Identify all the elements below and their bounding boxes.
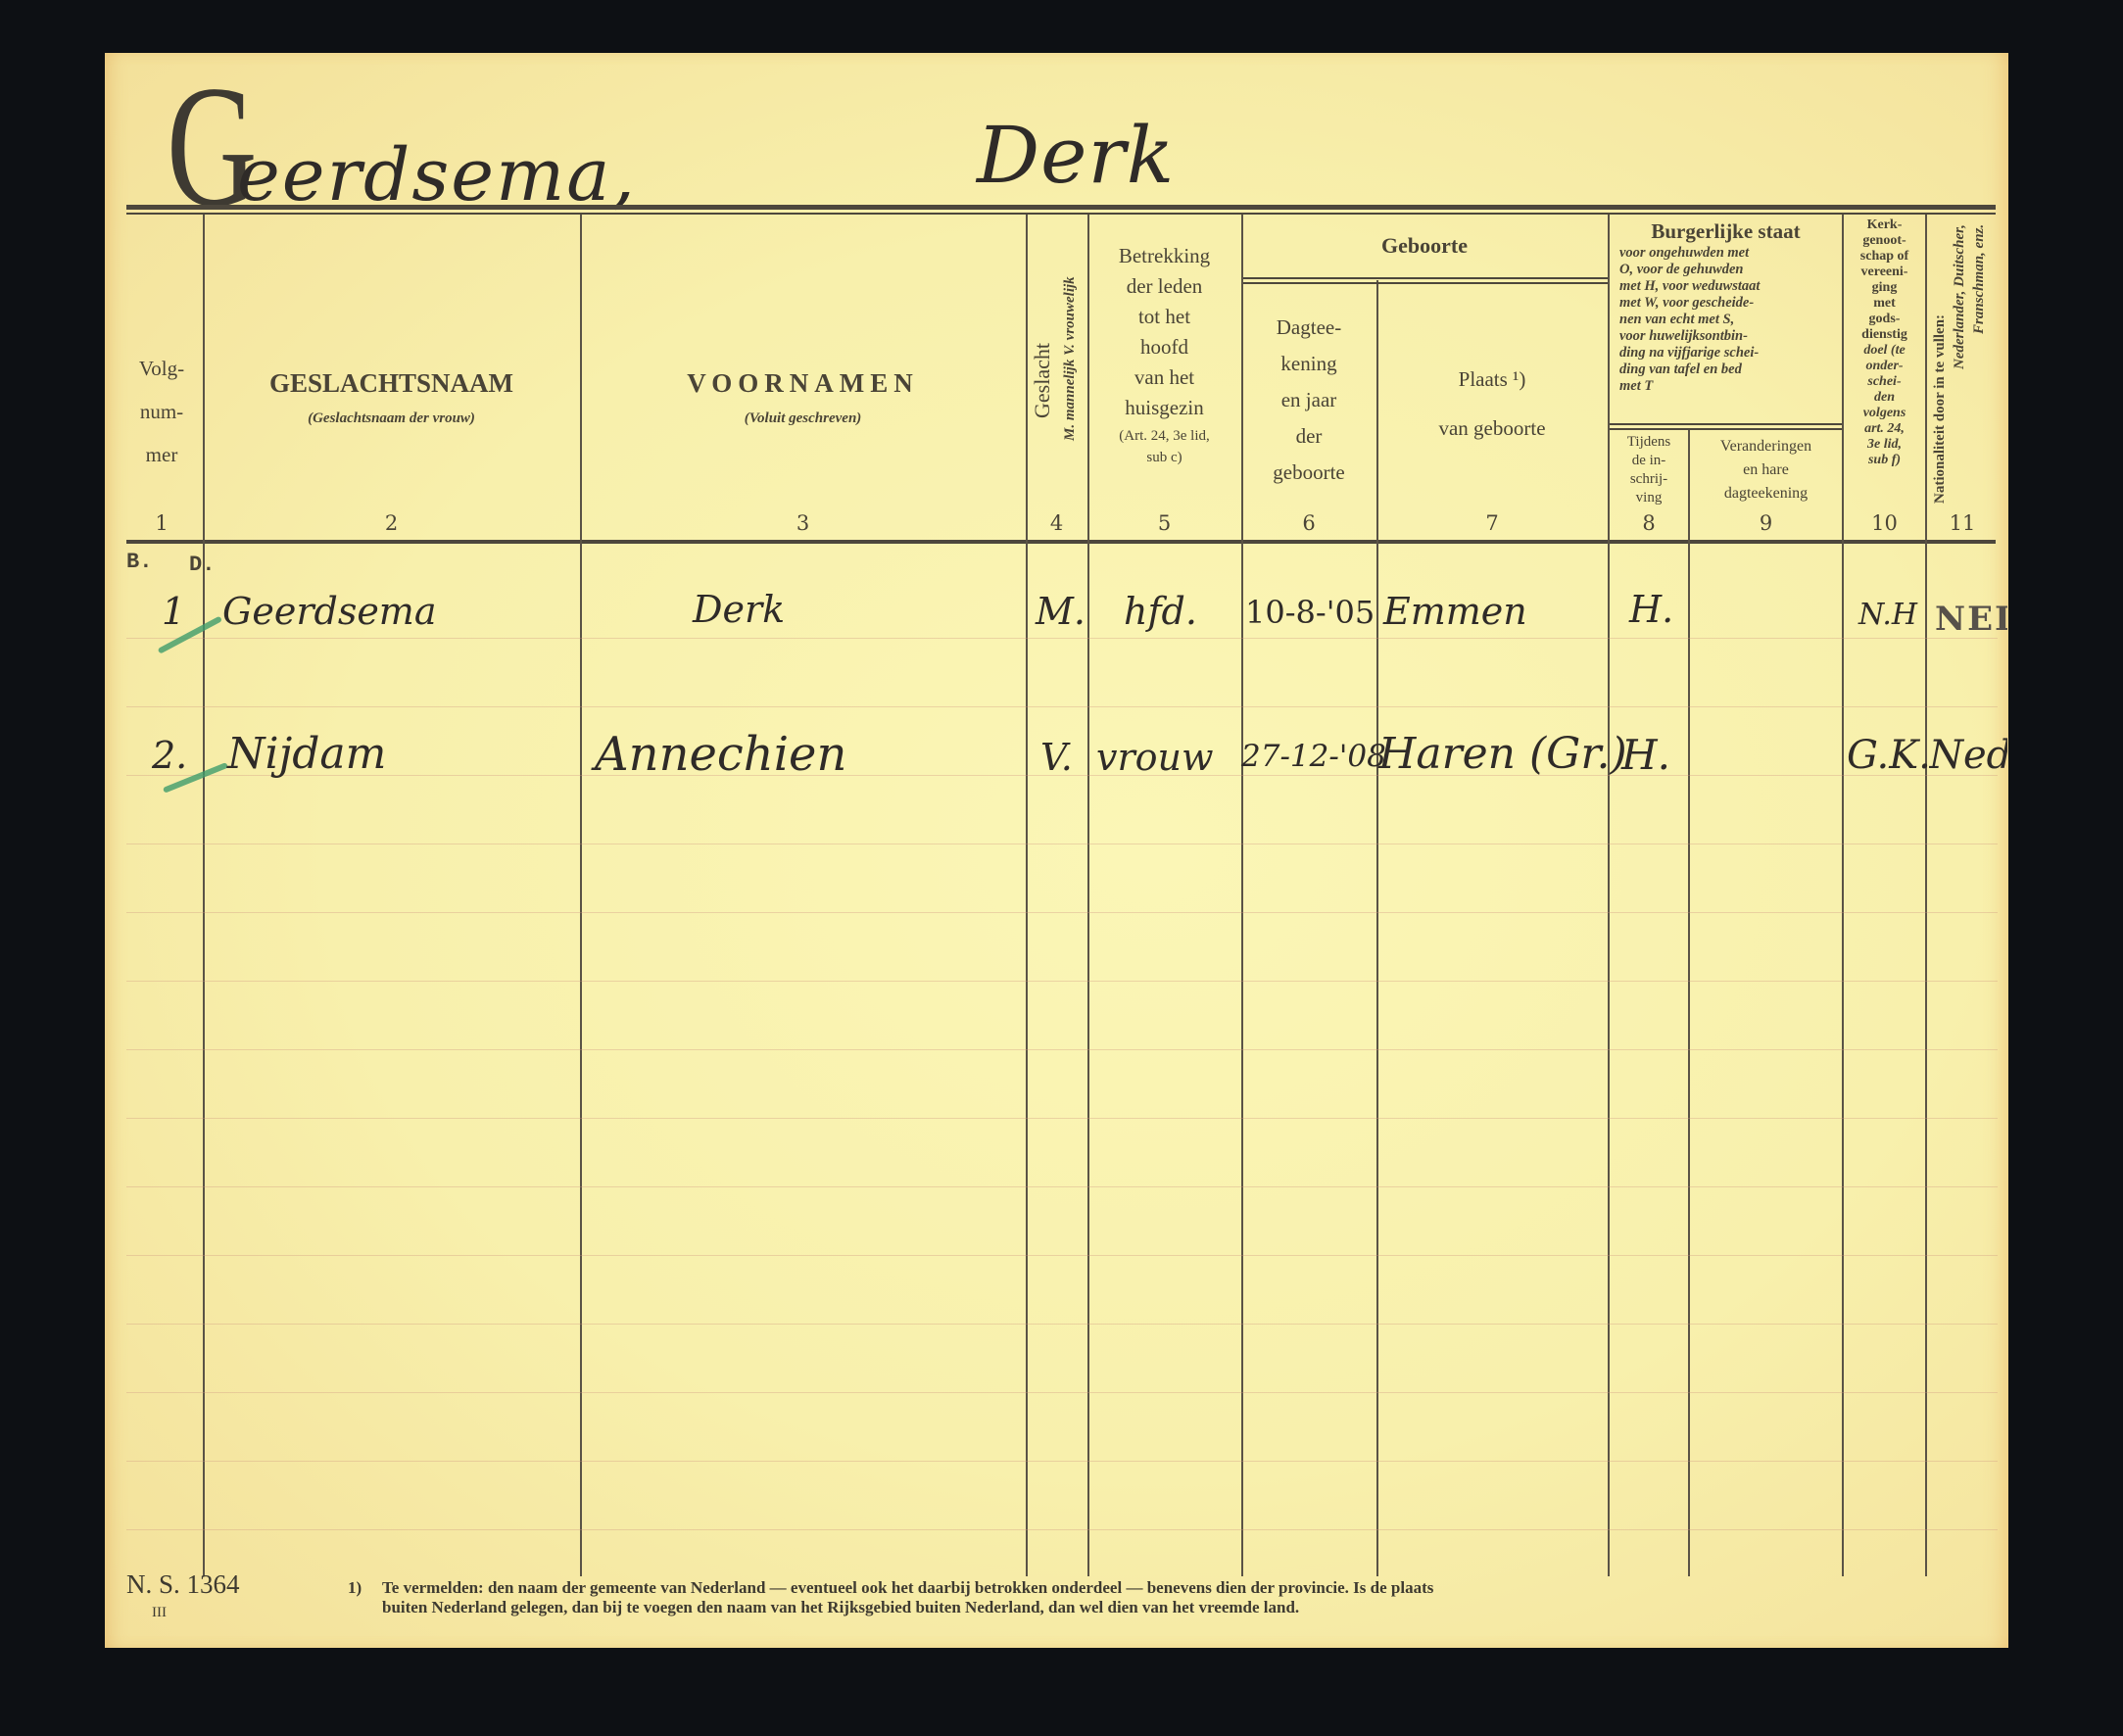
- header-plaats: Plaats ¹) van geboorte: [1376, 355, 1608, 453]
- ruled-line: [126, 1118, 1998, 1119]
- row1-geslachtsnaam: Geerdsema: [222, 590, 437, 633]
- col-divider-8: [1688, 429, 1690, 1576]
- header-top-rule-thin: [126, 213, 1996, 215]
- row2-burgerlijke-staat: H.: [1621, 731, 1670, 779]
- header-voornamen: VOORNAMEN (Voluit geschreven): [580, 368, 1026, 427]
- header-burgerlijke-staat: Burgerlijke staat voor ongehuwden met O,…: [1610, 217, 1842, 395]
- row2-kerkgenootschap: G.K.: [1847, 733, 1931, 778]
- header-nationaliteit-examples: Nederlander, Duitscher,: [1949, 224, 1970, 504]
- row1-geboorteplaats: Emmen: [1383, 590, 1527, 633]
- title-given-name: Derk: [977, 110, 1175, 201]
- header-geboorte: Geboorte: [1241, 233, 1608, 259]
- col-divider-7: [1608, 215, 1610, 1576]
- header-col-number-4: 4: [1026, 511, 1087, 535]
- ruled-line: [126, 912, 1998, 913]
- row2-nationaliteit: Ned.: [1929, 733, 2007, 778]
- geboorte-subrule: [1243, 277, 1608, 279]
- row2-volgnummer: 2.: [152, 734, 187, 777]
- header-col-number-1: 1: [122, 511, 201, 535]
- row2-geslacht: V.: [1040, 736, 1073, 779]
- header-bottom-rule: [126, 540, 1996, 544]
- header-col-number-2: 2: [203, 511, 580, 535]
- header-col-number-5: 5: [1087, 511, 1241, 535]
- row1-voornamen: Derk: [693, 588, 785, 631]
- header-col-number-8: 8: [1610, 511, 1688, 535]
- row2-betrekking: vrouw: [1096, 736, 1214, 779]
- header-col-number-11: 11: [1927, 511, 1998, 535]
- row2-geslachtsnaam: Nijdam: [227, 729, 386, 779]
- header-col-number-10: 10: [1844, 511, 1925, 535]
- row2-geboortedatum: 27-12-'08: [1241, 739, 1386, 774]
- burgerlijke-subrule-2: [1610, 428, 1842, 430]
- marker-d: D.: [189, 553, 215, 577]
- header-betrekking: Betrekking der leden tot het hoofd van h…: [1087, 241, 1241, 468]
- ruled-line: [126, 1049, 1998, 1050]
- ruled-line: [126, 981, 1998, 982]
- row1-burgerlijke-staat: H.: [1629, 588, 1673, 631]
- header-col-number-3: 3: [580, 511, 1026, 535]
- header-tijdens-inschrijving: Tijdens de in- schrij- ving: [1610, 433, 1688, 507]
- footnote-marker: 1): [348, 1578, 362, 1598]
- ruled-line: [126, 1461, 1998, 1462]
- header-top-rule: [126, 205, 1996, 210]
- ruled-line: [126, 638, 1998, 639]
- ruled-line: [126, 1255, 1998, 1256]
- row1-nationaliteit-stamp: NED: [1935, 600, 2007, 639]
- header-geslacht: Geslacht: [1026, 288, 1059, 474]
- header-volgnummer: Volg- num- mer: [122, 347, 201, 476]
- row1-kerkgenootschap: N.H: [1858, 598, 1917, 632]
- header-nationaliteit: Nationaliteit door in te vullen:: [1929, 224, 1951, 504]
- ruled-line: [126, 1324, 1998, 1325]
- ruled-line: [126, 1529, 1998, 1530]
- header-nationaliteit-examples-2: Franschman, enz.: [1968, 224, 1990, 440]
- footnote-text: Te vermelden: den naam der gemeente van …: [382, 1578, 1969, 1617]
- burgerlijke-subrule: [1610, 423, 1842, 425]
- header-kerkgenootschap: Kerk- genoot- schap of vereeni- ging met…: [1844, 217, 1925, 468]
- ruled-line: [126, 844, 1998, 844]
- row1-geslacht: M.: [1036, 590, 1086, 633]
- header-geslachtsnaam: GESLACHTSNAAM (Geslachtsnaam der vrouw): [203, 368, 580, 427]
- row1-geboortedatum: 10-8-'05: [1245, 594, 1375, 631]
- ruled-line: [126, 706, 1998, 707]
- header-geslacht-legend: M. mannelijk V. vrouwelijk: [1057, 229, 1083, 489]
- col-divider-10: [1925, 215, 1927, 1576]
- row1-volgnummer: 1: [162, 590, 185, 633]
- row2-voornamen: Annechien: [595, 727, 846, 782]
- register-card: G eerdsema, Derk Volg- num- mer 1 GESLAC…: [105, 53, 2008, 1648]
- col-divider-6: [1376, 280, 1378, 1576]
- header-veranderingen: Veranderingen en hare dagteekening: [1690, 435, 1842, 506]
- header-col-number-7: 7: [1376, 511, 1608, 535]
- row1-betrekking: hfd.: [1124, 590, 1197, 633]
- marker-b: B.: [126, 550, 152, 574]
- row2-geboorteplaats: Haren (Gr.): [1378, 729, 1627, 779]
- ruled-line: [126, 1186, 1998, 1187]
- form-code: N. S. 1364: [126, 1569, 240, 1600]
- header-col-number-9: 9: [1690, 511, 1842, 535]
- geboorte-subrule-2: [1243, 282, 1608, 284]
- ruled-line: [126, 1392, 1998, 1393]
- form-sub-code: III: [152, 1605, 167, 1621]
- burgerlijke-staat-legend: voor ongehuwden met O, voor de gehuwden …: [1610, 245, 1842, 395]
- header-dagteekening: Dagtee- kening en jaar der geboorte: [1241, 310, 1376, 491]
- header-col-number-6: 6: [1241, 511, 1376, 535]
